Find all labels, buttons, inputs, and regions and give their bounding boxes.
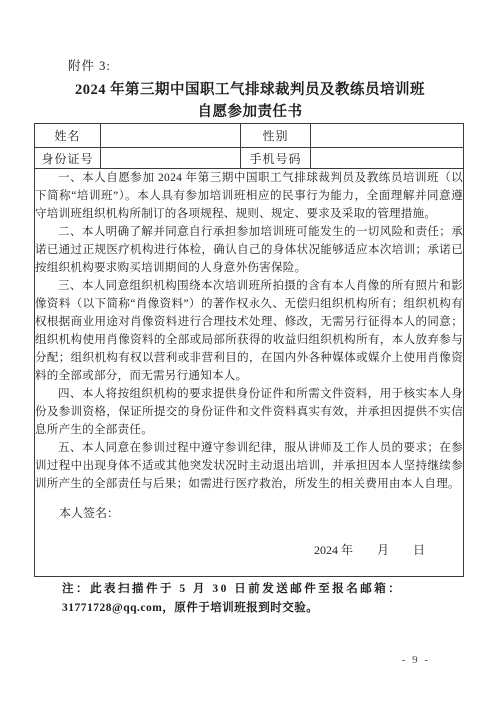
agreement-paragraph-5: 五、本人同意在参训过程中遵守参训纪律，服从讲师及工作人员的要求；在参训过程中出现… xyxy=(35,439,463,493)
name-label: 姓名 xyxy=(35,124,101,148)
table-row: 一、本人自愿参加 2024 年第三期中国职工气排球裁判员及教练员培训班（以下简称… xyxy=(35,169,464,577)
table-row: 身份证号 手机号码 xyxy=(35,148,464,169)
document-page: 附件 3: 2024 年第三期中国职工气排球裁判员及教练员培训班 自愿参加责任书… xyxy=(0,0,500,706)
name-value-cell xyxy=(101,124,241,148)
phone-number-label: 手机号码 xyxy=(241,148,311,169)
agreement-paragraph-4: 四、本人将按组织机构的要求提供身份证件和所需文件资料，用于核实本人身份及参训资格… xyxy=(35,385,463,439)
page-number: - 9 - xyxy=(402,654,430,666)
agreement-paragraph-1: 一、本人自愿参加 2024 年第三期中国职工气排球裁判员及教练员培训班（以下简称… xyxy=(35,169,463,223)
phone-number-value-cell xyxy=(311,148,464,169)
submission-note: 注：此表扫描件于 5 月 30 日前发送邮件至报名邮箱： 31771728@qq… xyxy=(62,580,418,618)
id-number-label: 身份证号 xyxy=(35,148,101,169)
gender-label: 性别 xyxy=(241,124,311,148)
date-line: 2024 年 月 日 xyxy=(35,541,463,559)
table-row: 姓名 性别 xyxy=(35,124,464,148)
gender-value-cell xyxy=(311,124,464,148)
agreement-body-cell: 一、本人自愿参加 2024 年第三期中国职工气排球裁判员及教练员培训班（以下简称… xyxy=(35,169,464,577)
agreement-paragraph-2: 二、本人明确了解并同意自行承担参加培训班可能发生的一切风险和责任；承诺已通过正规… xyxy=(35,223,463,277)
signature-label: 本人签名： xyxy=(35,504,463,522)
agreement-paragraph-3: 三、本人同意组织机构围绕本次培训班所拍摄的含有本人肖像的所有照片和影像资料（以下… xyxy=(35,277,463,385)
id-number-value-cell xyxy=(101,148,241,169)
document-subtitle: 自愿参加责任书 xyxy=(0,100,500,121)
document-title: 2024 年第三期中国职工气排球裁判员及教练员培训班 xyxy=(0,78,500,99)
submission-note-line2: 31771728@qq.com，原件于培训班报到时交验。 xyxy=(62,599,418,618)
responsibility-form-table: 姓名 性别 身份证号 手机号码 一、本人自愿参加 2024 年第三期中国职工气排… xyxy=(34,123,464,577)
attachment-label: 附件 3: xyxy=(68,56,111,74)
submission-note-line1: 注：此表扫描件于 5 月 30 日前发送邮件至报名邮箱： xyxy=(62,580,418,599)
